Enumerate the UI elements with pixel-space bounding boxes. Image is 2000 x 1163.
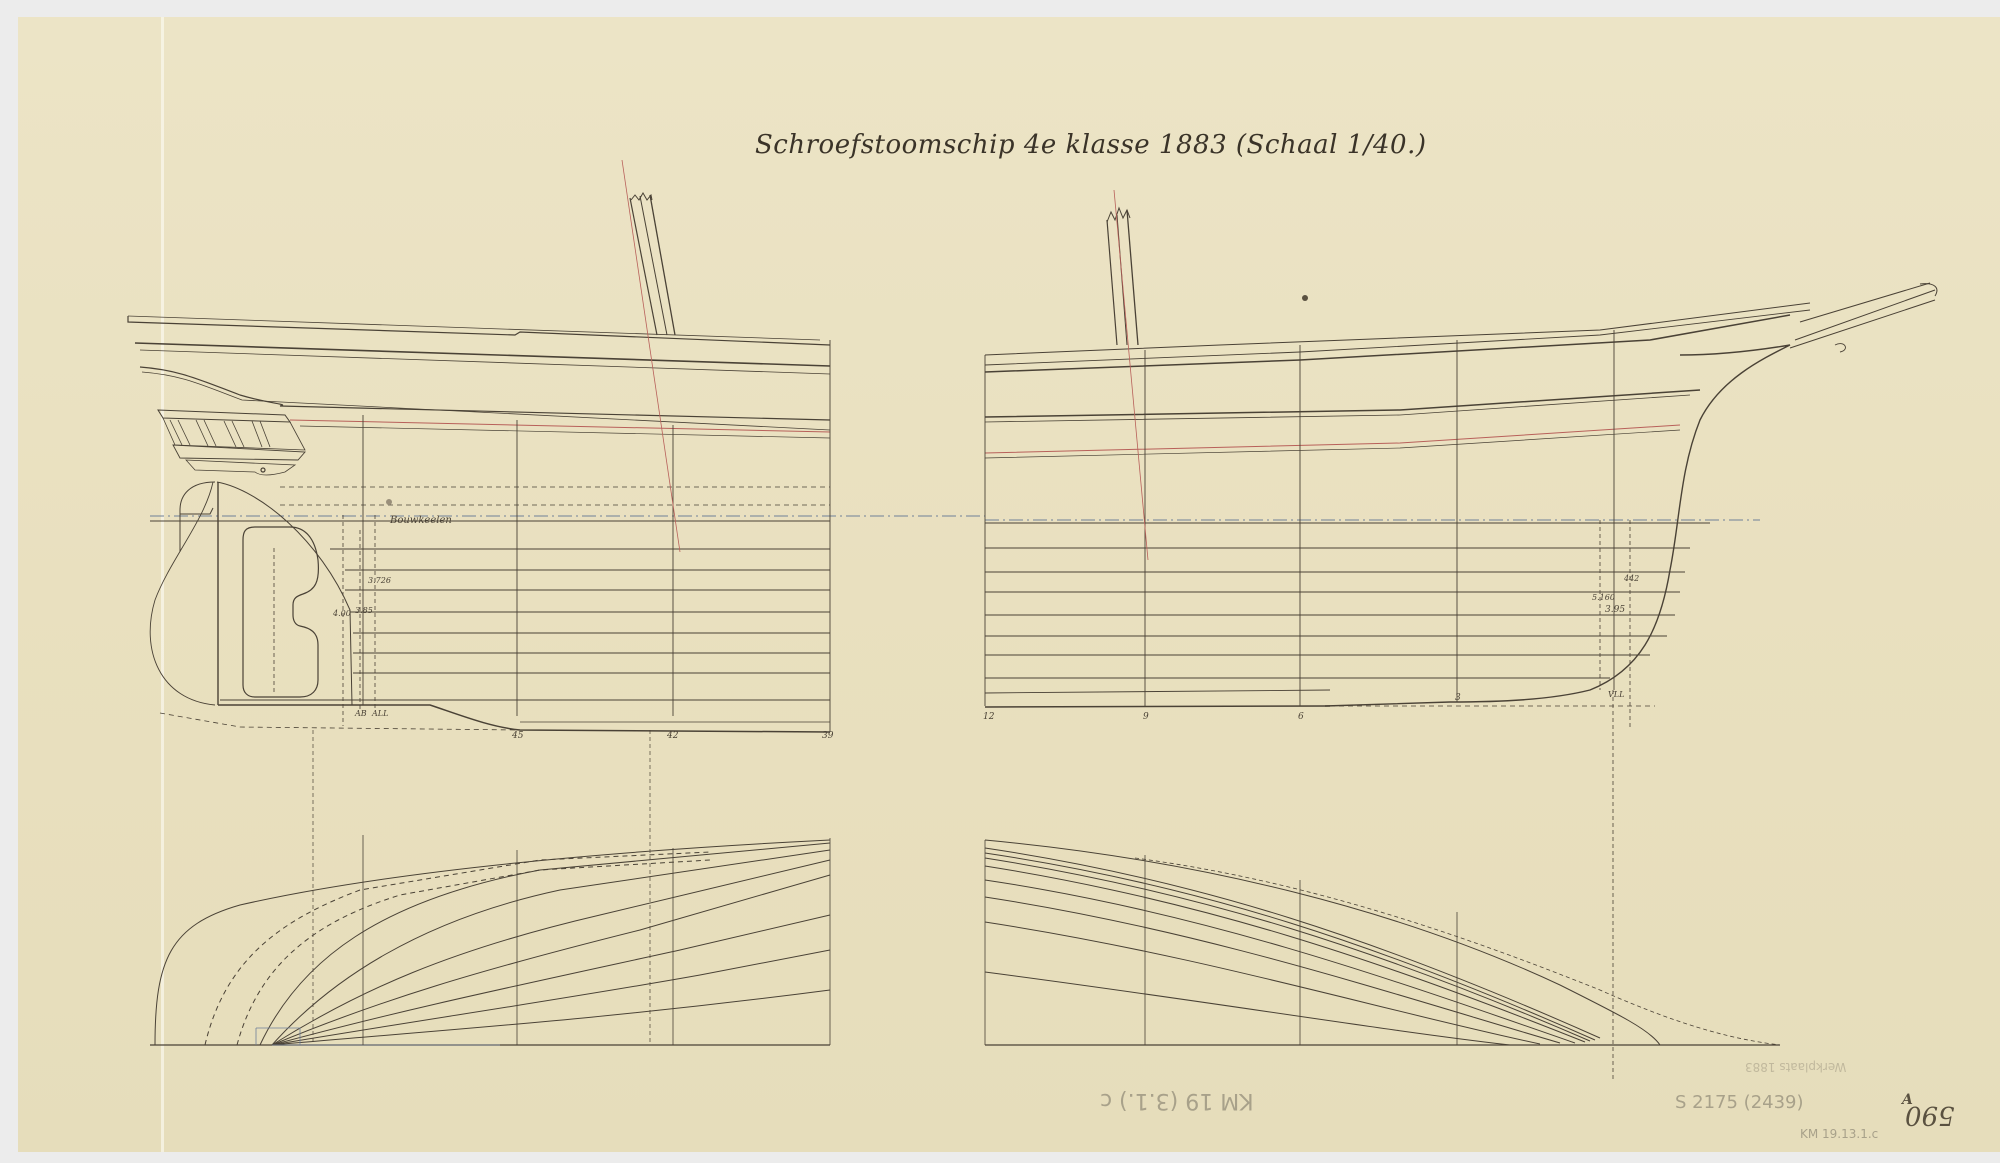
station-number: 6	[1298, 712, 1304, 722]
sheet-suffix: A	[1902, 1092, 1913, 1108]
aft-sheer-plan	[128, 160, 985, 732]
station-number: 9	[1143, 712, 1149, 722]
dimension-label: 3.726	[368, 576, 391, 585]
station-number: 3	[1455, 693, 1461, 703]
aft-half-breadth-plan	[150, 730, 830, 1045]
dimension-label: 4.00	[332, 609, 351, 618]
dimension-label: 3.85	[355, 606, 373, 615]
fore-sheer-plan	[985, 190, 1937, 1080]
dimension-label: 3.95	[1605, 605, 1625, 615]
station-number: 39	[822, 731, 834, 741]
keel-label: ALL	[371, 709, 388, 718]
faint-note: Werkplaats 1883	[1745, 1060, 1846, 1074]
catalog-number: KM 19.13.1.c	[1800, 1127, 1878, 1141]
keel-label: AB	[354, 709, 367, 718]
archive-reference: S 2175 (2439)	[1675, 1092, 1804, 1113]
station-number: 45	[511, 731, 524, 741]
archive-stamp: KM 19 (3.1.) c	[1100, 1088, 1254, 1113]
station-number: 12	[983, 712, 995, 722]
lines-plan-drawing: Bouwkeelen 3.726 3.85 4.00 AB ALL 45 42 …	[0, 0, 2000, 1163]
fore-half-breadth-plan	[985, 840, 1780, 1045]
dimension-label: 442	[1623, 574, 1639, 583]
waterline-label: Bouwkeelen	[389, 515, 452, 526]
dimension-label: 5.160	[1592, 593, 1615, 602]
station-number: 42	[666, 731, 679, 741]
keel-label: VLL	[1608, 690, 1624, 699]
